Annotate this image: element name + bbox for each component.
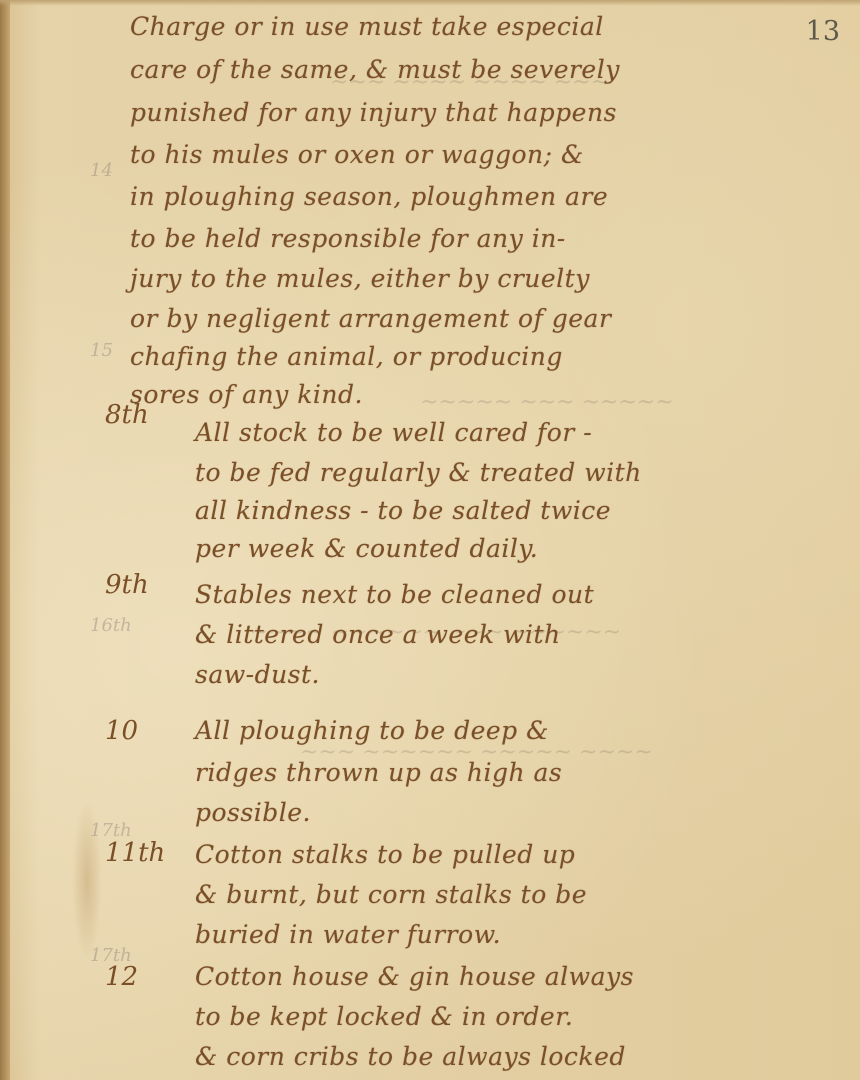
item-number: 8th <box>105 400 149 430</box>
text-line: & littered once a week with <box>195 620 561 649</box>
text-line: ridges thrown up as high as <box>195 758 562 787</box>
text-line: care of the same, & must be severely <box>130 55 620 84</box>
text-line: to be kept locked & in order. <box>195 1002 573 1031</box>
text-line: buried in water furrow. <box>195 920 501 949</box>
item-number: 12 <box>105 962 138 992</box>
text-line: or by negligent arrangement of gear <box>130 304 611 333</box>
top-edge <box>0 0 860 6</box>
text-line: & corn cribs to be always locked <box>195 1042 626 1071</box>
text-line: per week & counted daily. <box>195 534 538 563</box>
text-line: all kindness - to be salted twice <box>195 496 611 525</box>
binding-edge <box>0 0 10 1080</box>
text-line: in ploughing season, ploughmen are <box>130 182 608 211</box>
margin-number-faint: 14 <box>90 160 113 181</box>
text-line: to his mules or oxen or waggon; & <box>130 140 584 169</box>
item-number: 11th <box>105 838 165 868</box>
text-line: chafing the animal, or producing <box>130 342 563 371</box>
text-line: & burnt, but corn stalks to be <box>195 880 587 909</box>
bleed-through-text: ~~~~~ ~~~ ~~~~~ <box>420 390 674 415</box>
margin-number-faint: 15 <box>90 340 113 361</box>
item-number: 9th <box>105 570 149 600</box>
text-line: saw-dust. <box>195 660 320 689</box>
text-line: Cotton house & gin house always <box>195 962 634 991</box>
item-number: 10 <box>105 716 138 746</box>
text-line: Cotton stalks to be pulled up <box>195 840 575 869</box>
manuscript-page: 13 ~~~ ~~~~ ~~~~ ~~~ ~~~~~ ~~~ ~~~~~ ~~~… <box>0 0 860 1080</box>
text-line: All ploughing to be deep & <box>195 716 549 745</box>
text-line: Charge or in use must take especial <box>130 12 604 41</box>
text-line: punished for any injury that happens <box>130 98 617 127</box>
text-line: Stables next to be cleaned out <box>195 580 594 609</box>
text-line: sores of any kind. <box>130 380 363 409</box>
margin-number-faint: 16th <box>90 615 132 636</box>
text-line: possible. <box>195 798 311 827</box>
text-line: jury to the mules, either by cruelty <box>130 264 590 293</box>
text-line: All stock to be well cared for - <box>195 418 592 447</box>
page-number: 13 <box>806 16 840 47</box>
text-line: to be held responsible for any in- <box>130 224 566 253</box>
text-line: to be fed regularly & treated with <box>195 458 642 487</box>
